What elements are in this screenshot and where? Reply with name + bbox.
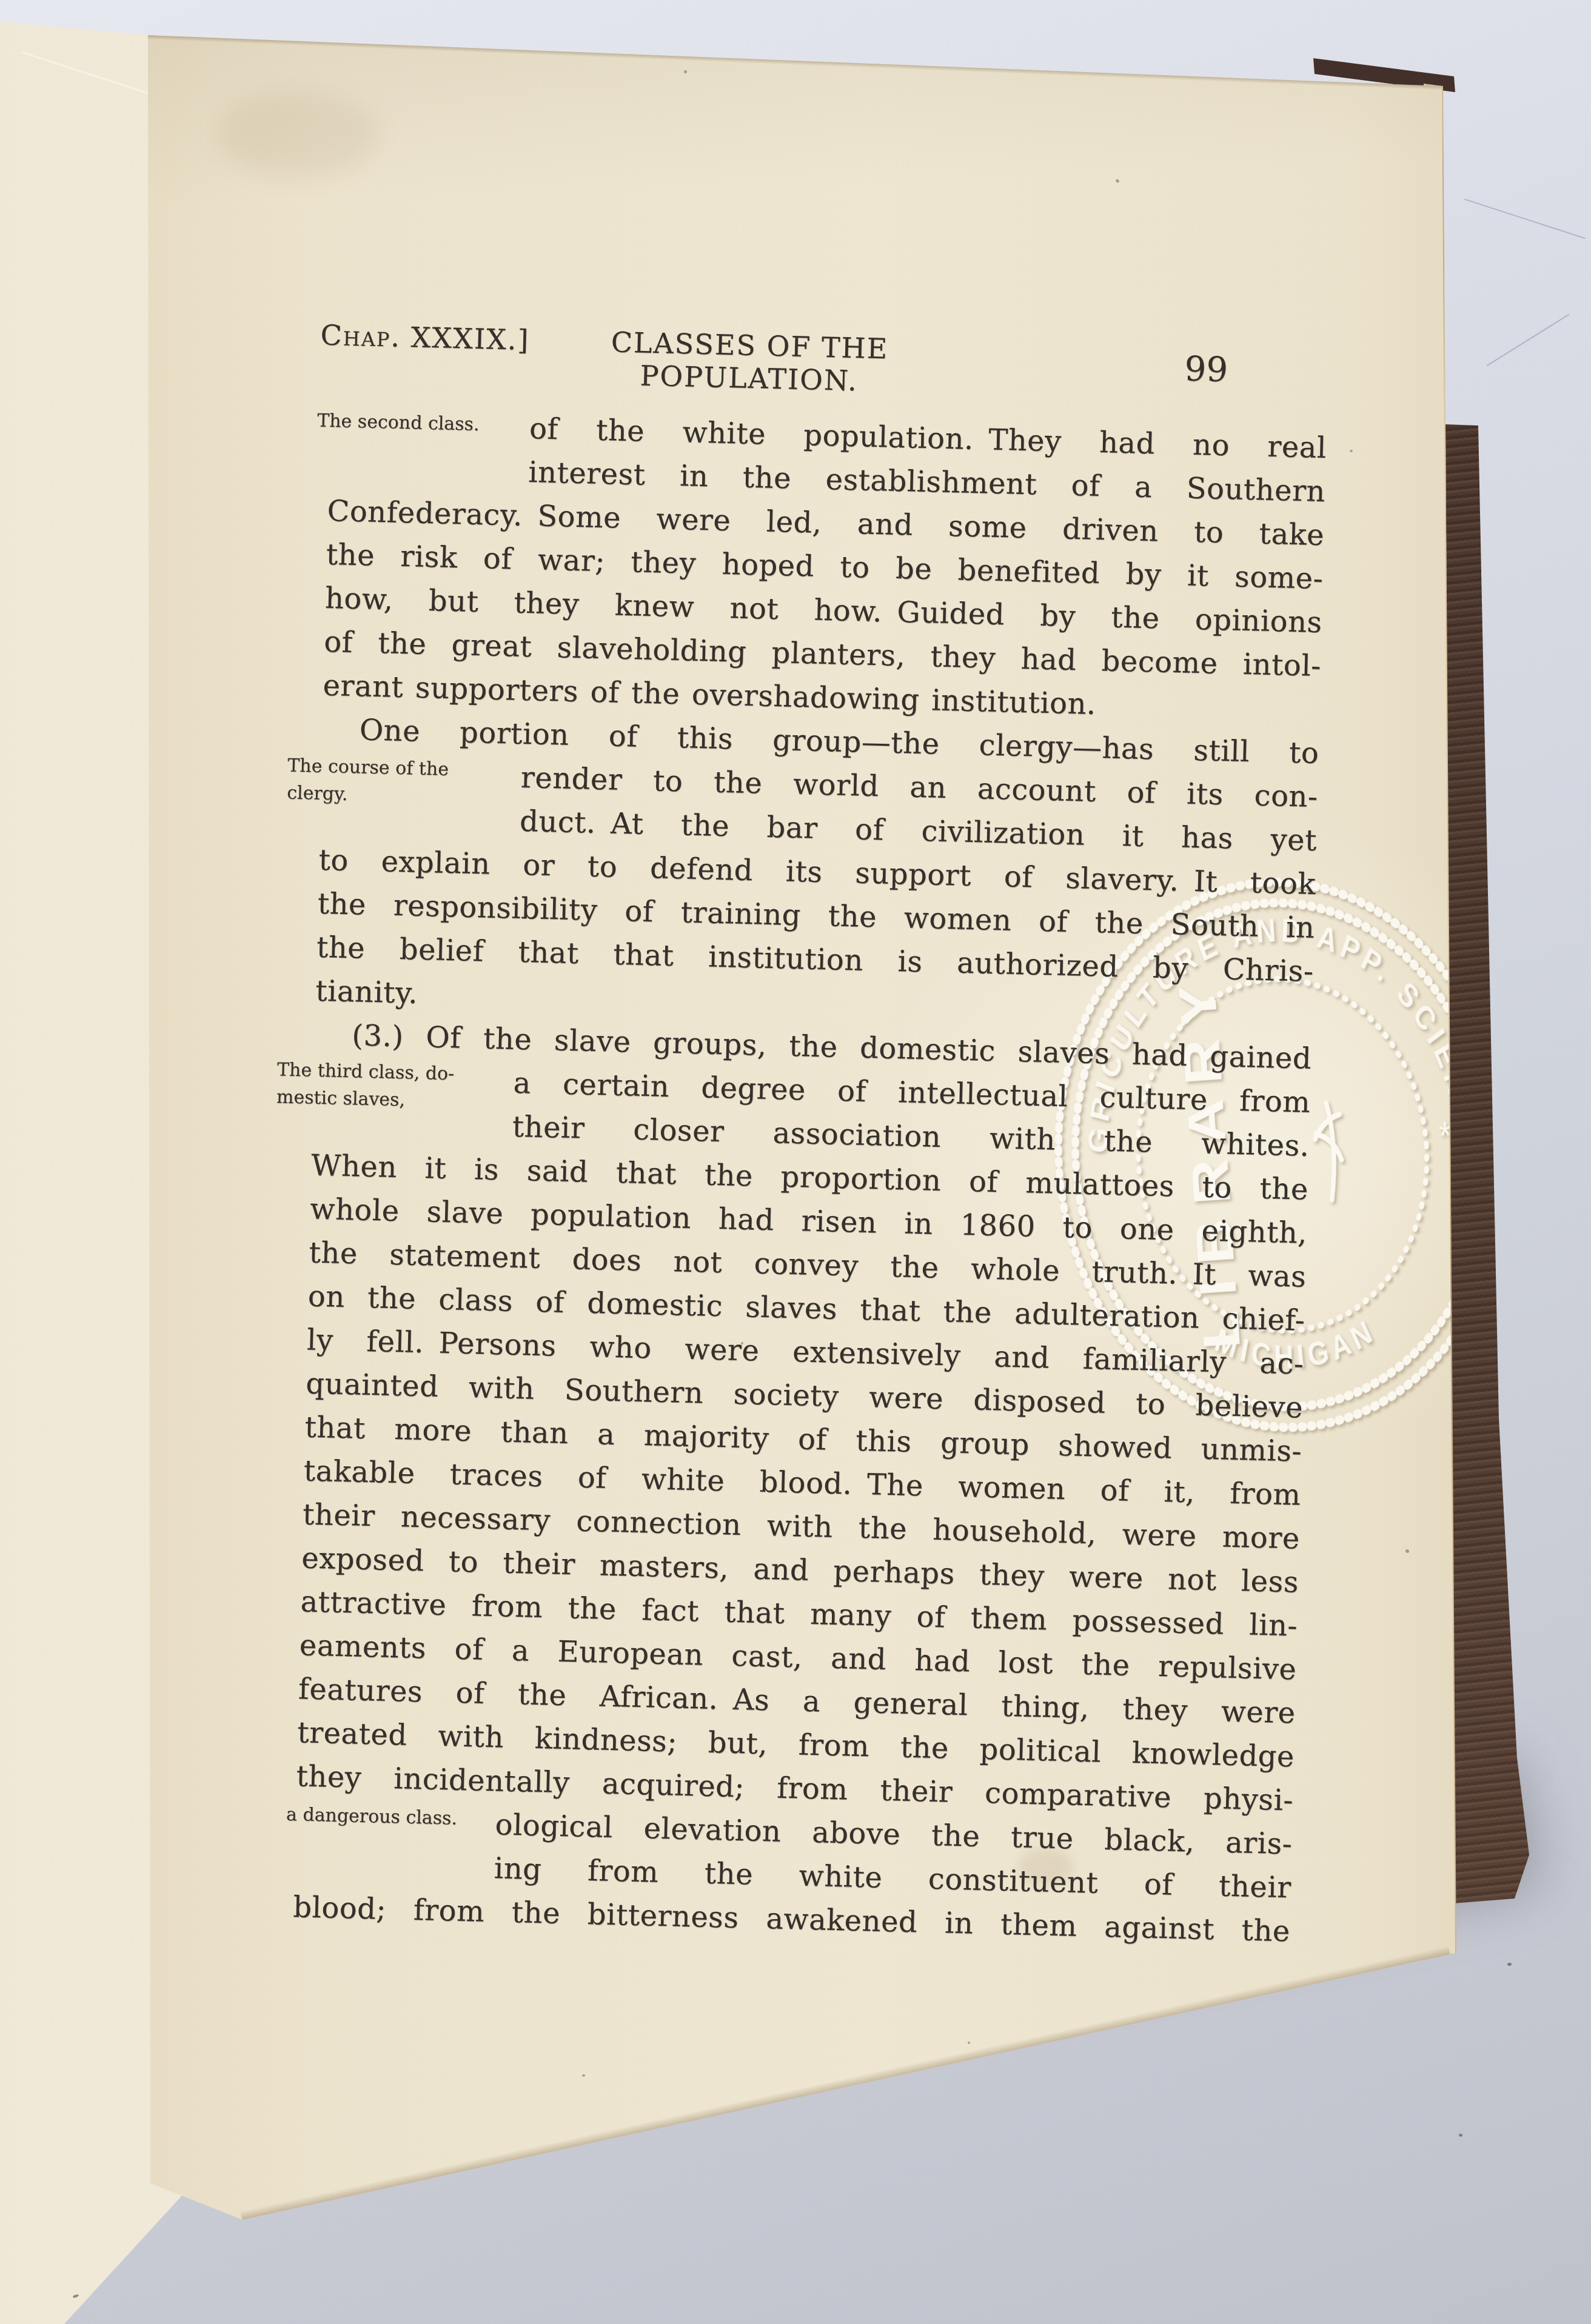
dust-speck (741, 1342, 743, 1344)
dust-speck (1459, 2134, 1462, 2137)
dust-speck (1115, 179, 1120, 184)
stamp-sprig-emblem (1313, 1102, 1345, 1201)
printed-text-block: Chap. XXXIX.] CLASSES OF THE POPULATION.… (332, 303, 1330, 327)
dust-speck (1405, 1549, 1409, 1553)
page-crease (21, 52, 155, 96)
photo-canvas: AGRICULTURE AND APP. SCIENCE MICHIGAN LI… (0, 0, 1591, 2324)
book-page: AGRICULTURE AND APP. SCIENCE MICHIGAN LI… (0, 0, 1591, 2324)
paper-stain (218, 91, 376, 176)
chapter-label: Chap. XXXIX.] (320, 319, 530, 356)
dust-speck (684, 70, 687, 73)
running-head: Chap. XXXIX.] CLASSES OF THE POPULATION.… (331, 319, 1329, 386)
page-title: CLASSES OF THE POPULATION. (506, 323, 993, 401)
page-number: 99 (1184, 349, 1252, 390)
dust-speck (1507, 1963, 1512, 1966)
dust-speck (1350, 450, 1353, 452)
body-text: of the white population. They had no rea… (292, 402, 1327, 1953)
dust-speck (968, 2042, 970, 2044)
dust-speck (582, 2074, 585, 2077)
